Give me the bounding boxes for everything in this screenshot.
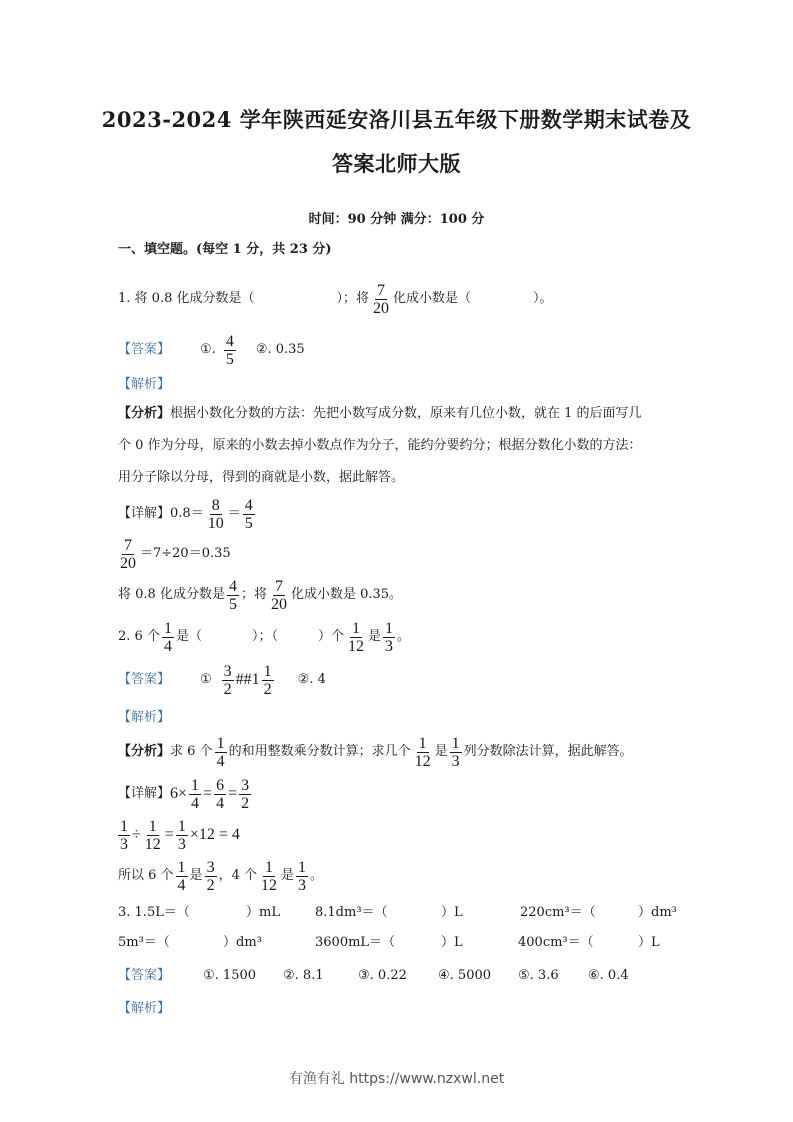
question-1: 1. 将 0.8 化成分数是（ ）；将 720 化成小数是（ ）。: [118, 274, 553, 324]
analysis-label: 【解析】: [118, 997, 170, 1016]
document-page: 2023-2024 学年陕西延安洛川县五年级下册数学期末试卷及 答案北师大版 时…: [0, 0, 793, 1122]
q1-answer-1-prefix: ①.: [200, 340, 216, 360]
q1-detail-line1: 【详解】 0.8＝ 810 ＝ 45: [118, 494, 257, 534]
q1-fenxi: 【分析】根据小数化分数的方法：先把小数写成分数，原来有几位小数，就在 1 的后面…: [118, 398, 678, 494]
section-heading-fill-blank: 一、填空题。(每空 1 分，共 23 分): [118, 238, 332, 257]
document-title-line1: 2023-2024 学年陕西延安洛川县五年级下册数学期末试卷及: [0, 104, 793, 134]
exam-meta: 时间：90 分钟 满分：100 分: [0, 208, 793, 227]
q1-detail-line2: 720 ＝7÷20＝0.35: [116, 534, 231, 574]
q1-fraction: 720: [371, 282, 391, 317]
q1-stem-b: ）；将: [336, 289, 369, 309]
q1-stem-a: 1. 将 0.8 化成分数是（: [118, 289, 254, 309]
q1-answer-2: ②. 0.35: [256, 340, 305, 360]
q2-fenxi: 【分析】 求 6 个 14 的和用整数乘分数计算；求几个 112 是 13 列分…: [118, 732, 633, 772]
q1-answer-row: 【答案】 ①. 45 ②. 0.35: [118, 330, 305, 370]
answer-label: 【答案】: [118, 670, 170, 690]
q1-stem-d: ）。: [533, 289, 553, 309]
q2-detail-line2: 13 ÷ 112 = 13 ×12 = 4: [116, 815, 240, 855]
analysis-label: 【解析】: [118, 706, 170, 725]
xiangjie-label: 【详解】: [118, 504, 170, 524]
answer-label: 【答案】: [118, 340, 170, 360]
q2-detail-line3: 所以 6 个 14 是 32 ，4 个 112 是 13 。: [118, 856, 323, 896]
question-2: 2. 6 个 14 是（ ）；（ ）个 112 是 13 。: [118, 617, 410, 657]
footer-watermark: 有渔有礼 https://www.nzxwl.net: [0, 1068, 793, 1088]
q2-answer-row: 【答案】 ① 32 ##1 12 ②. 4: [118, 660, 326, 700]
document-title-line2: 答案北师大版: [0, 148, 793, 178]
q2-detail-line1: 【详解】 6× 14 = 64 = 32: [118, 774, 253, 814]
answer-label: 【答案】: [118, 966, 170, 986]
q1-stem-c: 化成小数是（: [393, 289, 471, 309]
fenxi-label: 【分析】: [118, 406, 170, 421]
analysis-label: 【解析】: [118, 373, 170, 392]
q1-answer-1-fraction: 45: [224, 333, 236, 368]
q1-detail-line3: 将 0.8 化成分数是 45 ；将 720 化成小数是 0.35。: [118, 575, 402, 615]
